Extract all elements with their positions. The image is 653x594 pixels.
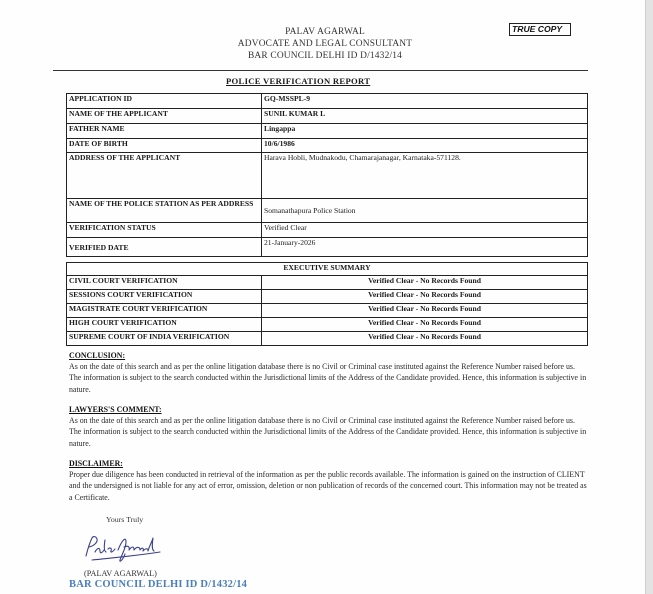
row-label: SUPREME COURT OF INDIA VERIFICATION [67, 332, 262, 346]
table-row: VERIFIED DATE 21-January-2026 [67, 238, 588, 257]
row-label: NAME OF THE POLICE STATION AS PER ADDRES… [67, 199, 262, 223]
row-label: DATE OF BIRTH [67, 139, 262, 153]
row-value: Verified Clear - No Records Found [262, 290, 588, 304]
executive-summary-table: EXECUTIVE SUMMARY CIVIL COURT VERIFICATI… [66, 262, 588, 346]
letterhead: PALAV AGARWAL ADVOCATE AND LEGAL CONSULT… [200, 26, 450, 62]
row-value: Verified Clear - No Records Found [262, 304, 588, 318]
report-title: POLICE VERIFICATION REPORT [226, 76, 370, 86]
row-label: SESSIONS COURT VERIFICATION [67, 290, 262, 304]
lawyers-comment-text: As on the date of this search and as per… [69, 415, 589, 449]
table-row: NAME OF THE APPLICANT SUNIL KUMAR L [67, 109, 588, 124]
header-divider [53, 70, 588, 71]
row-value: Verified Clear - No Records Found [262, 318, 588, 332]
lawyers-comment-heading: LAWYERS'S COMMENT: [69, 404, 589, 415]
row-label: APPLICATION ID [67, 94, 262, 109]
table-row: HIGH COURT VERIFICATION Verified Clear -… [67, 318, 588, 332]
table-row: NAME OF THE POLICE STATION AS PER ADDRES… [67, 199, 588, 223]
row-value: 10/6/1986 [262, 139, 588, 153]
lawyers-comment-section: LAWYERS'S COMMENT: As on the date of thi… [69, 404, 589, 449]
row-label: FATHER NAME [67, 124, 262, 139]
advocate-name: PALAV AGARWAL [200, 26, 450, 38]
table-row: DATE OF BIRTH 10/6/1986 [67, 139, 588, 153]
row-value: SUNIL KUMAR L [262, 109, 588, 124]
row-value: GQ-MSSPL-9 [262, 94, 588, 109]
table-row: MAGISTRATE COURT VERIFICATION Verified C… [67, 304, 588, 318]
row-label: VERIFIED DATE [67, 238, 262, 257]
row-value: 21-January-2026 [262, 238, 588, 257]
conclusion-heading: CONCLUSION: [69, 350, 589, 361]
row-value: Verified Clear - No Records Found [262, 276, 588, 290]
row-label: HIGH COURT VERIFICATION [67, 318, 262, 332]
signature-icon [80, 530, 175, 566]
signatory-bar-id: BAR COUNCIL DELHI ID D/1432/14 [69, 579, 247, 590]
table-row: VERIFICATION STATUS Verified Clear [67, 223, 588, 238]
row-label: CIVIL COURT VERIFICATION [67, 276, 262, 290]
row-label: VERIFICATION STATUS [67, 223, 262, 238]
viewer-gutter [645, 0, 653, 594]
table-row: SUPREME COURT OF INDIA VERIFICATION Veri… [67, 332, 588, 346]
document-page: PALAV AGARWAL ADVOCATE AND LEGAL CONSULT… [0, 0, 645, 594]
conclusion-section: CONCLUSION: As on the date of this searc… [69, 350, 589, 395]
advocate-bar-id: BAR COUNCIL DELHI ID D/1432/14 [200, 50, 450, 62]
table-row: APPLICATION ID GQ-MSSPL-9 [67, 94, 588, 109]
summary-heading-row: EXECUTIVE SUMMARY [67, 263, 588, 276]
advocate-designation: ADVOCATE AND LEGAL CONSULTANT [200, 38, 450, 50]
row-label: ADDRESS OF THE APPLICANT [67, 153, 262, 199]
disclaimer-section: DISCLAIMER: Proper due diligence has bee… [69, 458, 589, 503]
table-row: ADDRESS OF THE APPLICANT Harava Hobli, M… [67, 153, 588, 199]
table-row: FATHER NAME Lingappa [67, 124, 588, 139]
row-value: Verified Clear [262, 223, 588, 238]
disclaimer-heading: DISCLAIMER: [69, 458, 589, 469]
summary-heading: EXECUTIVE SUMMARY [67, 263, 588, 276]
row-label: MAGISTRATE COURT VERIFICATION [67, 304, 262, 318]
table-row: SESSIONS COURT VERIFICATION Verified Cle… [67, 290, 588, 304]
closing-text: Yours Truly [106, 515, 143, 524]
disclaimer-text: Proper due diligence has been conducted … [69, 469, 589, 503]
row-value: Verified Clear - No Records Found [262, 332, 588, 346]
conclusion-text: As on the date of this search and as per… [69, 361, 589, 395]
row-value: Harava Hobli, Mudnakodu, Chamarajanagar,… [262, 153, 588, 199]
row-label: NAME OF THE APPLICANT [67, 109, 262, 124]
row-value: Lingappa [262, 124, 588, 139]
table-row: CIVIL COURT VERIFICATION Verified Clear … [67, 276, 588, 290]
signatory-name: (PALAV AGARWAL) [84, 569, 157, 578]
applicant-details-table: APPLICATION ID GQ-MSSPL-9 NAME OF THE AP… [66, 93, 588, 257]
true-copy-stamp: TRUE COPY [509, 23, 571, 36]
row-value: Somanathapura Police Station [262, 199, 588, 223]
